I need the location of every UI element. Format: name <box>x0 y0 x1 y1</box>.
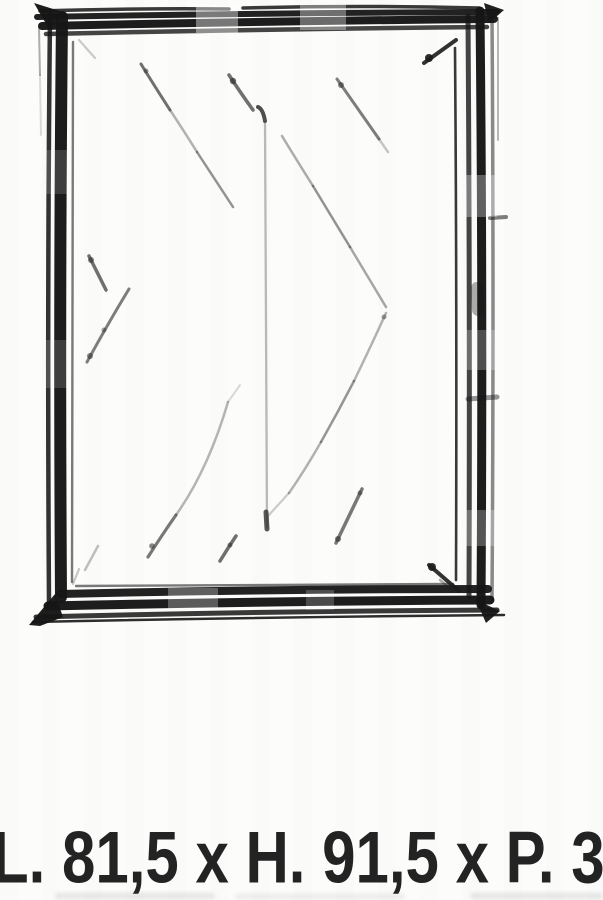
frame-light-patches <box>44 4 497 610</box>
reflection-stroke <box>379 139 388 152</box>
stroke-blob <box>88 257 94 263</box>
frame-left-bar <box>39 15 73 604</box>
light-patch <box>464 510 497 546</box>
reflection-strokes <box>73 40 388 584</box>
scan-smudge <box>470 893 603 899</box>
reflection-stroke <box>289 442 321 493</box>
frame-right-stroke <box>468 16 469 597</box>
reflection-stroke <box>321 381 354 442</box>
stroke-blob <box>230 78 236 84</box>
tick-blob <box>428 563 436 571</box>
stroke-blob <box>149 543 155 549</box>
mirror-inner-edge-left <box>72 42 73 582</box>
reflection-stroke <box>148 515 176 557</box>
light-patch <box>464 175 497 217</box>
reflection-stroke <box>336 489 362 543</box>
mirror-sketch <box>0 0 603 900</box>
glass-center-line <box>265 120 267 527</box>
stroke-blob <box>338 82 344 88</box>
light-patch <box>300 4 346 30</box>
reflection-stroke <box>197 152 233 207</box>
reflection-stroke <box>87 289 129 362</box>
frame-left-stroke <box>39 28 40 75</box>
stroke-blob <box>228 543 233 548</box>
frame-grain-mark <box>490 217 506 218</box>
frame-grain-mark <box>468 397 497 399</box>
stroke-blob <box>87 353 93 359</box>
stroke-blob <box>358 491 363 496</box>
reflection-stroke <box>354 313 386 381</box>
reflection-stroke <box>79 40 95 58</box>
glass-line-top-hook <box>258 107 265 121</box>
light-patch <box>196 5 238 33</box>
frame-left-stroke <box>60 17 62 597</box>
corner-tick-marks <box>424 40 459 591</box>
dimension-caption-text: L. 81,5 x H. 91,5 x P. 3 <box>0 816 603 898</box>
reflection-stroke <box>268 493 289 516</box>
reflection-stroke <box>313 186 350 247</box>
frame-left-stroke <box>48 15 50 604</box>
scanned-page: L. 81,5 x H. 91,5 x P. 3 <box>0 0 603 900</box>
frame-bottom-bar <box>29 584 504 626</box>
reflection-stroke <box>337 79 379 139</box>
reflection-stroke <box>220 536 236 561</box>
reflection-stroke <box>176 402 228 515</box>
scan-smudge <box>55 893 215 899</box>
glass-line-bottom-blob <box>266 512 267 529</box>
frame-grain-mark <box>477 288 478 310</box>
frame-left-stroke <box>40 75 41 135</box>
mirror-inner-edge-right <box>455 48 456 580</box>
reflection-stroke <box>170 110 197 152</box>
stroke-blob <box>102 328 107 333</box>
frame-top-bar <box>34 3 504 34</box>
light-patch <box>168 588 218 610</box>
reflection-stroke <box>228 385 240 402</box>
frame-top-stroke <box>42 19 494 26</box>
frame-top-stroke <box>243 7 479 9</box>
light-patch <box>44 340 70 388</box>
tick-blob <box>425 54 433 62</box>
light-patch <box>44 150 70 194</box>
stroke-blob <box>335 536 341 542</box>
scan-smudge <box>235 894 405 899</box>
dimension-caption: L. 81,5 x H. 91,5 x P. 3 <box>0 812 603 900</box>
reflection-stroke <box>282 136 313 186</box>
reflection-stroke <box>350 247 386 307</box>
frame-bottom-stroke <box>48 600 490 606</box>
light-patch <box>306 590 334 610</box>
reflection-stroke <box>73 569 79 584</box>
stroke-blob <box>144 69 149 74</box>
reflection-stroke <box>85 546 98 570</box>
frame-bottom-stroke <box>60 589 488 594</box>
light-patch <box>464 330 497 370</box>
